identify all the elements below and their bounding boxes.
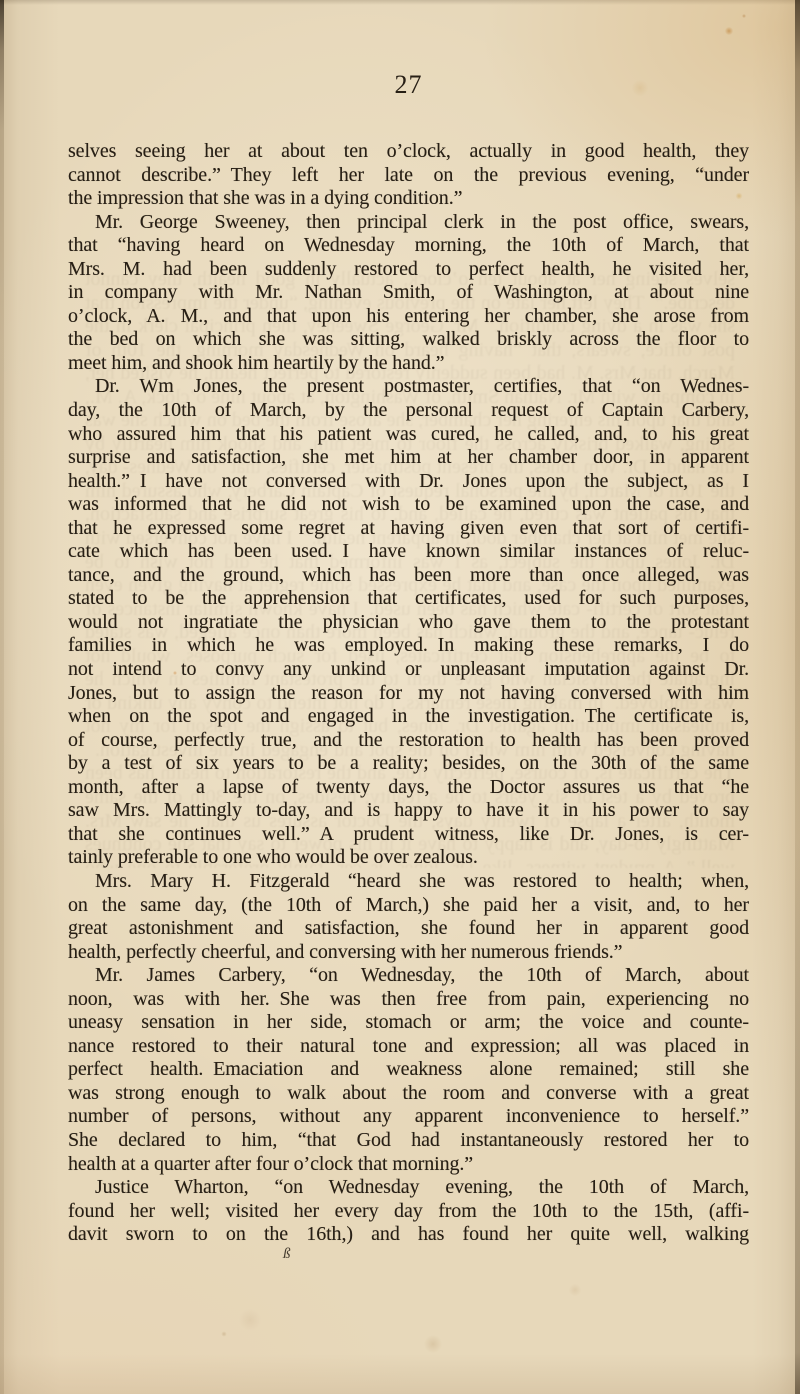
text-line: was strong enough to walk about the room… [68,1082,749,1106]
page-right-edge [795,0,800,1394]
text-line: cannot describe.” They left her late on … [68,164,749,188]
text-line: on the same day, (the 10th of March,) sh… [68,894,749,918]
signature-mark: ß [283,1246,291,1262]
text-line: davit sworn to on the 16th,) and has fou… [68,1223,749,1247]
text-line: not intend to convy any unkind or unplea… [68,658,749,682]
page-number: 27 [68,70,749,100]
text-line: health.” I have not conversed with Dr. J… [68,470,749,494]
text-line: stated to be the apprehension that certi… [68,587,749,611]
text-line: She declared to him, “that God had insta… [68,1129,749,1153]
text-line: Mr. George Sweeney, then principal clerk… [68,211,749,235]
text-line: that she continues well.” A prudent witn… [68,823,749,847]
text-line: Mrs. M. had been suddenly restored to pe… [68,258,749,282]
text-line: Mr. James Carbery, “on Wednesday, the 10… [68,964,749,988]
text-line: found her well; visited her every day fr… [68,1200,749,1224]
page-left-edge [0,0,4,1394]
text-line: when on the spot and engaged in the inve… [68,705,749,729]
text-line: perfect health. Emaciation and weakness … [68,1058,749,1082]
text-line: month, after a lapse of twenty days, the… [68,776,749,800]
text-line: number of persons, without any apparent … [68,1105,749,1129]
text-line: was informed that he did not wish to be … [68,493,749,517]
text-line: would not ingratiate the physician who g… [68,611,749,635]
text-line: day, the 10th of March, by the personal … [68,399,749,423]
text-line: great astonishment and satisfaction, she… [68,917,749,941]
text-line: by a test of six years to be a reality; … [68,752,749,776]
text-block: selves seeing her at about ten o’clock, … [68,140,749,1252]
text-line: noon, was with her. She was then free fr… [68,988,749,1012]
text-line: the impression that she was in a dying c… [68,187,749,211]
text-line: cate which has been used. I have known s… [68,540,749,564]
text-line: health, perfectly cheerful, and conversi… [68,941,749,965]
text-line: Dr. Wm Jones, the present postmaster, ce… [68,375,749,399]
text-line: of course, perfectly true, and the resto… [68,729,749,753]
text-line: surprise and satisfaction, she met him a… [68,446,749,470]
text-line: meet him, and shook him heartily by the … [68,352,749,376]
text-line: nance restored to their natural tone and… [68,1035,749,1059]
text-line: selves seeing her at about ten o’clock, … [68,140,749,164]
text-line: Mrs. Mary H. Fitzgerald “heard she was r… [68,870,749,894]
text-line: who assured him that his patient was cur… [68,423,749,447]
text-line: tance, and the ground, which has been mo… [68,564,749,588]
text-line: families in which he was employed. In ma… [68,634,749,658]
book-page: selves seeing her at about ten o’clock, … [0,0,800,1394]
text-line: saw Mrs. Mattingly to-day, and is happy … [68,799,749,823]
text-line: that “having heard on Wednesday morning,… [68,234,749,258]
text-line: that he expressed some regret at having … [68,517,749,541]
text-line: o’clock, A. M., and that upon his enteri… [68,305,749,329]
text-line: health at a quarter after four o’clock t… [68,1153,749,1177]
text-line: uneasy sensation in her side, stomach or… [68,1011,749,1035]
text-line: Jones, but to assign the reason for my n… [68,682,749,706]
text-line: the bed on which she was sitting, walked… [68,328,749,352]
text-line: tainly preferable to one who would be ov… [68,846,749,870]
text-line: Justice Wharton, “on Wednesday evening, … [68,1176,749,1200]
text-line: in company with Mr. Nathan Smith, of Was… [68,281,749,305]
